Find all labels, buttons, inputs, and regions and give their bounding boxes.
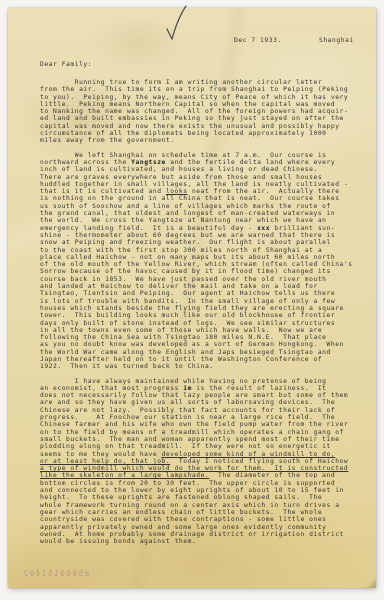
letter-line: ed land and built embassies in Peking so… <box>40 115 368 122</box>
letter-line: 1922. Then it was turned back to China. <box>40 363 368 370</box>
letter-line: an economist, that most progress im is t… <box>40 385 368 392</box>
letter-line: course back in 1853. We have just passed… <box>40 276 368 283</box>
letter-line: does not necessarily follow that lazy pe… <box>40 392 368 399</box>
paragraph: Running true to form I am writing anothe… <box>40 79 368 145</box>
salutation-text: Dear Family: <box>40 61 92 68</box>
letter-line: small buckets. The man and woman apparen… <box>40 436 368 443</box>
letter-line: to Nanking the name was changed. All of … <box>40 108 368 115</box>
letter-line: the world. We cross the Yangtsze at Nant… <box>40 217 368 224</box>
letter-line: from the air. This time its on a trip fr… <box>40 86 368 93</box>
letter-line: days only built of stone instead of logs… <box>40 320 368 327</box>
letter-line: tower. This building looks much like our… <box>40 312 368 319</box>
letter-line: Chinese are not lazy. Possibly that fact… <box>40 407 368 414</box>
letter-line: us south of Soochow and a line of villag… <box>40 203 368 210</box>
letter-line: capital was moved and now there exists t… <box>40 123 368 130</box>
letter-line: shine - thermometer about 60 degrees but… <box>40 232 368 239</box>
letter-body: Running true to form I am writing anothe… <box>40 79 368 552</box>
letter-line: Japan thereafter held on to it until the… <box>40 356 368 363</box>
letter-line: the World War came along the English and… <box>40 349 368 356</box>
paragraph: I have always maintained while having no… <box>40 378 368 546</box>
letter-line: circumstance of all the diplomats being … <box>40 130 368 137</box>
letter-line: We left Shanghai on schedule time at 7 a… <box>40 152 368 159</box>
letter-line: inch of land is cultivated, and houses a… <box>40 166 368 173</box>
checkmark-icon <box>160 2 194 44</box>
letter-line: as you no doubt know was developed as a … <box>40 341 368 348</box>
letter-line: countryside was covered with these contr… <box>40 516 368 523</box>
letter-line: Running true to form I am writing anothe… <box>40 79 368 86</box>
letter-line: houses which stands beside the flying fi… <box>40 305 368 312</box>
letter-line: There are graves everywhere but aside fr… <box>40 174 368 181</box>
letter-line: huddled together in small villages, all … <box>40 181 368 188</box>
letter-line: emergency landing field. It is a beautif… <box>40 225 368 232</box>
letter-line: is nothing on the ground in all China th… <box>40 195 368 202</box>
letter-line: height. To these uprights are fastened o… <box>40 494 368 501</box>
letter-line: progress. At Foochow our station is near… <box>40 414 368 421</box>
letter-page: Dec 7 1933. Shanghai Dear Family: Runnin… <box>8 8 376 588</box>
letter-line: whole framework turning round on a cente… <box>40 502 368 509</box>
mirrored-stamp: a5080151402 <box>22 569 89 578</box>
letter-line: Sorrow because of the havoc caused by it… <box>40 268 368 275</box>
letter-line: snow at Peiping and freezing weather. Ou… <box>40 239 368 246</box>
letter-line: are and so they have given us all sorts … <box>40 399 368 406</box>
letter-line: on to the field by means of a treadmill … <box>40 429 368 436</box>
letter-line: plodding along on that treadmill. If the… <box>40 443 368 450</box>
letter-line: miles away from the government. <box>40 137 368 144</box>
location-text: Shanghai <box>319 37 354 44</box>
letter-line: a type of windmill which would do the wo… <box>40 465 368 472</box>
letter-line: gear which carries an endless chain of l… <box>40 509 368 516</box>
letter-line: I have always maintained while having no… <box>40 378 368 385</box>
letter-line: northward across the Yangtsze and the fe… <box>40 159 368 166</box>
letter-line: to the coast with the first stop 300 mil… <box>40 247 368 254</box>
letter-line: little. Peking means Northern Capital so… <box>40 101 368 108</box>
letter-line: of the old mouth of the Yellow River, wh… <box>40 261 368 268</box>
letter-line: and landed at Haichow to deliver the mai… <box>40 283 368 290</box>
letter-line: place called Haichow - not on many maps … <box>40 254 368 261</box>
letter-line: in all the towns even some of those whic… <box>40 327 368 334</box>
letter-line: apparently privately owned and some larg… <box>40 524 368 531</box>
letter-line: bottom circles is from 20 to 30 feet. Th… <box>40 480 368 487</box>
letter-line: is lots of trouble with bandits. In the … <box>40 298 368 305</box>
letter-line: seems to me they would have developed so… <box>40 451 368 458</box>
letter-line: or at least help do, that job. Today I n… <box>40 458 368 465</box>
scan-background: Dec 7 1933. Shanghai Dear Family: Runnin… <box>0 0 384 600</box>
letter-line: Tsingtao, Tientsin and Peiping. Our agen… <box>40 290 368 297</box>
paragraph: We left Shanghai on schedule time at 7 a… <box>40 152 368 371</box>
letter-line: that is it is cultivated and looks neat … <box>40 188 368 195</box>
letter-line: Chinese farmer and his wife who own the … <box>40 421 368 428</box>
letter-line: the grand canal, that oldest and longest… <box>40 210 368 217</box>
letter-line: would be issuing bonds against them. <box>40 538 368 545</box>
letter-line: like the skeleton of a large lampshade. … <box>40 472 368 479</box>
letter-line: owned. At home probably some drainage di… <box>40 531 368 538</box>
letter-line: and connected to the lower by eight upri… <box>40 487 368 494</box>
corner-fold <box>363 575 376 588</box>
letter-line: following the China Sea with Tsingtao 18… <box>40 334 368 341</box>
date-text: Dec 7 1933. <box>234 37 282 44</box>
letter-line: to you). Peiping, by the way, means City… <box>40 94 368 101</box>
